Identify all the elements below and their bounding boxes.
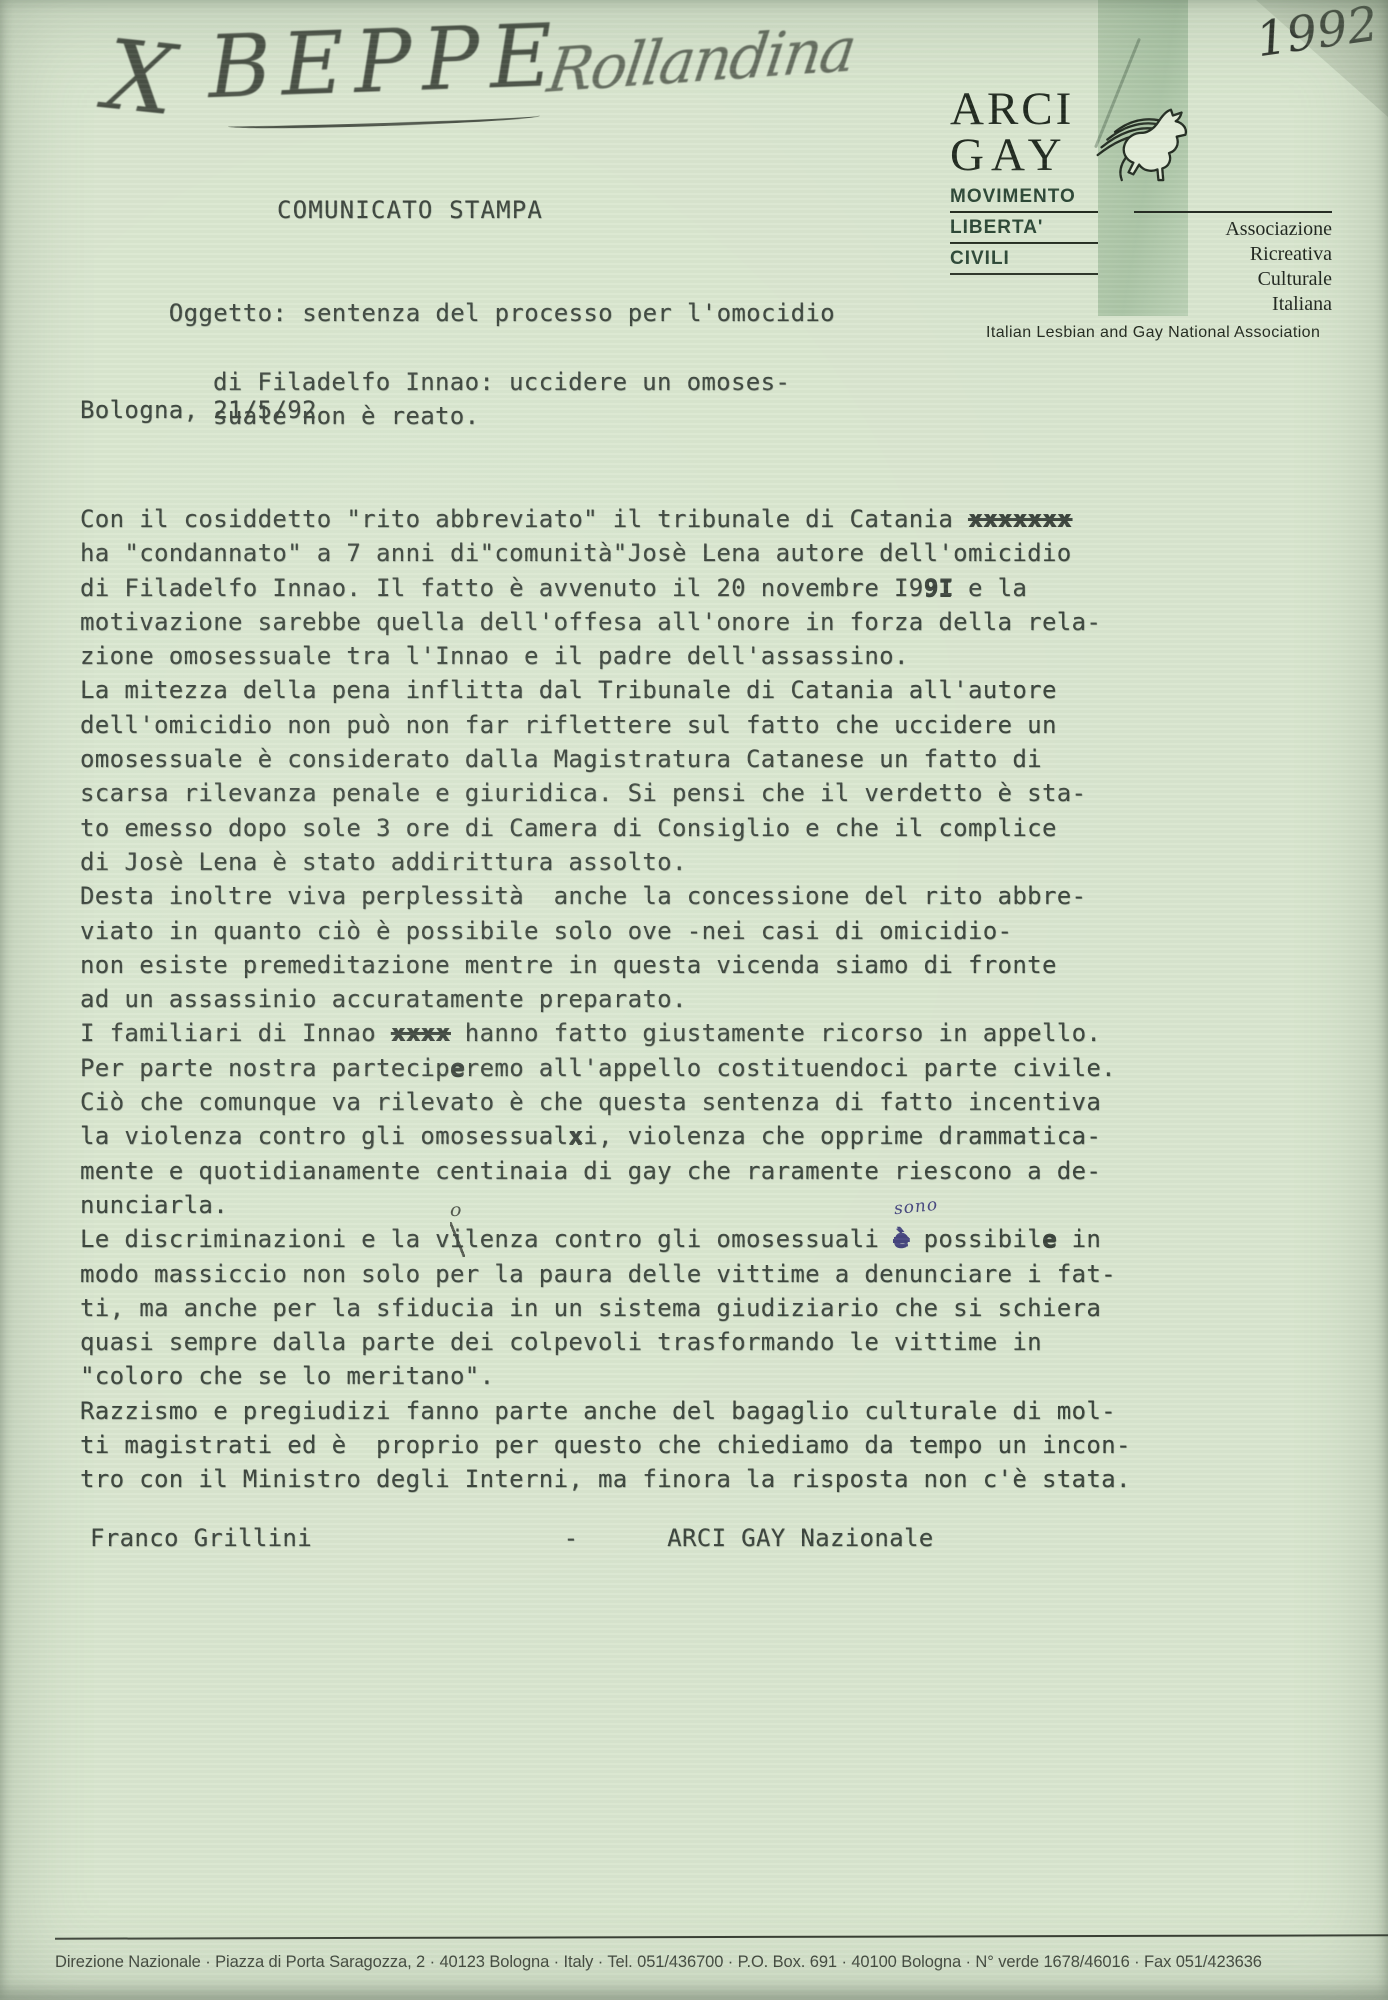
body-segment: scarsa rilevanza penale e giuridica. Si …: [80, 779, 1086, 807]
association-line: Culturale: [1225, 267, 1332, 292]
body-line: Ciò che comunque va rilevato è che quest…: [80, 1085, 1131, 1119]
body-line: to emesso dopo sole 3 ore di Camera di C…: [80, 811, 1131, 845]
body-line: tro con il Ministro degli Interni, ma fi…: [80, 1462, 1131, 1496]
subject-line: di Filadelfo Innao: uccidere un omoses-: [213, 365, 835, 399]
body-line: non esiste premeditazione mentre in ques…: [80, 948, 1131, 982]
logo-wordmark: ARCI GAY: [950, 86, 1074, 178]
body-segment: La mitezza della pena inflitta dal Tribu…: [80, 676, 1057, 704]
signature-line: Franco Grillini - ARCI GAY Nazionale: [90, 1524, 934, 1552]
body-segment: ha "condannato" a 7 anni di"comunità"Jos…: [80, 539, 1072, 567]
logo-wordmark-arci: ARCI: [950, 86, 1074, 132]
body-segment: I familiari di Innao: [80, 1019, 391, 1047]
body-line: di Filadelfo Innao. Il fatto è avvenuto …: [80, 571, 1131, 605]
body-line: Le discriminazioni e la violenza contro …: [80, 1222, 1131, 1256]
logo-motto-movimento: MOVIMENTO: [950, 182, 1098, 213]
body-segment: non esiste premeditazione mentre in ques…: [80, 951, 1057, 979]
body-segment: i, violenza che opprime drammatica-: [583, 1122, 1101, 1150]
body-segment: ad un assassinio accuratamente preparato…: [80, 985, 687, 1013]
body-line: ha "condannato" a 7 anni di"comunità"Jos…: [80, 536, 1131, 570]
logo-motto: MOVIMENTO LIBERTA' CIVILI: [950, 182, 1098, 275]
body-segment: possibil: [909, 1225, 1042, 1253]
body-segment: Desta inoltre viva perplessità anche la …: [80, 882, 1086, 910]
subject-row-1: Oggetto:sentenza del processo per l'omoc…: [80, 262, 835, 365]
body-segment: tro con il Ministro degli Interni, ma fi…: [80, 1465, 1131, 1493]
handwritten-dedication-name: BEPPE: [206, 6, 564, 118]
body-segment: dell'omicidio non può non far riflettere…: [80, 711, 1057, 739]
body-line: modo massiccio non solo per la paura del…: [80, 1257, 1131, 1291]
association-line: Associazione: [1225, 217, 1332, 242]
body-segment: ti, ma anche per la sfiducia in un siste…: [80, 1294, 1101, 1322]
body-line: la violenza contro gli omosessualxi, vio…: [80, 1119, 1131, 1153]
body-line: I familiari di Innao xxxx hanno fatto gi…: [80, 1016, 1131, 1050]
logo-motto-civili: CIVILI: [950, 244, 1098, 275]
overstruck-text: xxxxxxx: [968, 505, 1072, 533]
overstruck-text: e: [1042, 1225, 1057, 1253]
body-line: omosessuale è considerato dalla Magistra…: [80, 742, 1131, 776]
body-line: motivazione sarebbe quella dell'offesa a…: [80, 605, 1131, 639]
handwritten-dedication-surname: Rollandina: [543, 15, 858, 107]
body-line: di Josè Lena è stato addirittura assolto…: [80, 845, 1131, 879]
body-segment: modo massiccio non solo per la paura del…: [80, 1260, 1116, 1288]
body-line: zione omosessuale tra l'Innao e il padre…: [80, 639, 1131, 673]
overstruck-text: xxxx: [391, 1019, 450, 1047]
body-line: nunciarla.: [80, 1188, 1131, 1222]
body-segment: motivazione sarebbe quella dell'offesa a…: [80, 608, 1101, 636]
handwritten-correction: sono: [893, 1197, 939, 1219]
body-segment: zione omosessuale tra l'Innao e il padre…: [80, 642, 909, 670]
body-line: Desta inoltre viva perplessità anche la …: [80, 879, 1131, 913]
association-line: Italiana: [1225, 292, 1332, 317]
body-text: Con il cosiddetto "rito abbreviato" il t…: [80, 502, 1131, 1497]
body-segment: omosessuale è considerato dalla Magistra…: [80, 745, 1042, 773]
footer-rule: [55, 1934, 1388, 1940]
body-line: dell'omicidio non può non far riflettere…: [80, 708, 1131, 742]
handwritten-cross: X: [100, 19, 180, 138]
body-line: La mitezza della pena inflitta dal Tribu…: [80, 673, 1131, 707]
subject-label: Oggetto:: [169, 299, 287, 327]
pegasus-icon: [1090, 106, 1196, 204]
body-segment: di Filadelfo Innao. Il fatto è avvenuto …: [80, 574, 924, 602]
body-segment: Razzismo e pregiudizi fanno parte anche …: [80, 1397, 1116, 1425]
body-segment: lenza contro gli omosessuali: [465, 1225, 894, 1253]
body-line: ad un assassinio accuratamente preparato…: [80, 982, 1131, 1016]
body-segment: "coloro che se lo meritano".: [80, 1362, 494, 1390]
association-line: Ricreativa: [1225, 242, 1332, 267]
logo-wordmark-gay: GAY: [950, 132, 1074, 178]
body-segment: la violenza contro gli omosessual: [80, 1122, 568, 1150]
body-segment: Le discriminazioni e la v: [80, 1225, 450, 1253]
body-segment: remo all'appello costituendoci parte civ…: [465, 1054, 1116, 1082]
body-segment: viato in quanto ciò è possibile solo ove…: [80, 917, 1012, 945]
logo-motto-liberta: LIBERTA': [950, 213, 1098, 244]
body-segment: Con il cosiddetto "rito abbreviato" il t…: [80, 505, 968, 533]
body-line: ti, ma anche per la sfiducia in un siste…: [80, 1291, 1131, 1325]
english-caption: Italian Lesbian and Gay National Associa…: [986, 324, 1320, 342]
body-line: Con il cosiddetto "rito abbreviato" il t…: [80, 502, 1131, 536]
overstruck-text: io: [450, 1222, 465, 1256]
body-line: quasi sempre dalla parte dei colpevoli t…: [80, 1325, 1131, 1359]
association-rule: [1134, 211, 1332, 213]
body-segment: Per parte nostra partecip: [80, 1054, 450, 1082]
body-segment: Ciò che comunque va rilevato è che quest…: [80, 1088, 1101, 1116]
body-segment: ti magistrati ed è proprio per questo ch…: [80, 1431, 1131, 1459]
body-segment: e la: [953, 574, 1027, 602]
body-line: Per parte nostra parteciperemo all'appel…: [80, 1051, 1131, 1085]
body-segment: mente e quotidianamente centinaia di gay…: [80, 1157, 1101, 1185]
footer-text: Direzione Nazionale · Piazza di Porta Sa…: [55, 1953, 1365, 1972]
overstruck-text: 9I: [924, 574, 954, 602]
body-segment: quasi sempre dalla parte dei colpevoli t…: [80, 1328, 1042, 1356]
body-line: mente e quotidianamente centinaia di gay…: [80, 1154, 1131, 1188]
handwritten-year: 1992: [1253, 0, 1382, 68]
handwritten-correction: o: [450, 1201, 462, 1220]
body-segment: nunciarla.: [80, 1191, 228, 1219]
body-line: "coloro che se lo meritano".: [80, 1359, 1131, 1393]
body-segment: hanno fatto giustamente ricorso in appel…: [450, 1019, 1101, 1047]
overstruck-text: x: [568, 1122, 583, 1150]
body-line: ti magistrati ed è proprio per questo ch…: [80, 1428, 1131, 1462]
press-release-title: COMUNICATO STAMPA: [277, 196, 543, 224]
overstruck-text: èsono: [894, 1225, 909, 1253]
body-line: Razzismo e pregiudizi fanno parte anche …: [80, 1394, 1131, 1428]
overstruck-text: e: [450, 1054, 465, 1082]
subject-line: sentenza del processo per l'omocidio: [302, 299, 835, 327]
body-line: scarsa rilevanza penale e giuridica. Si …: [80, 776, 1131, 810]
dateline: Bologna, 21/5/92: [80, 396, 317, 424]
body-segment: in: [1057, 1225, 1101, 1253]
scanned-press-release: X BEPPE Rollandina 1992 ARCI GAY MOVIMEN…: [0, 0, 1388, 2000]
body-segment: di Josè Lena è stato addirittura assolto…: [80, 848, 687, 876]
association-name: Associazione Ricreativa Culturale Italia…: [1225, 217, 1332, 317]
body-line: viato in quanto ciò è possibile solo ove…: [80, 914, 1131, 948]
body-segment: to emesso dopo sole 3 ore di Camera di C…: [80, 814, 1057, 842]
